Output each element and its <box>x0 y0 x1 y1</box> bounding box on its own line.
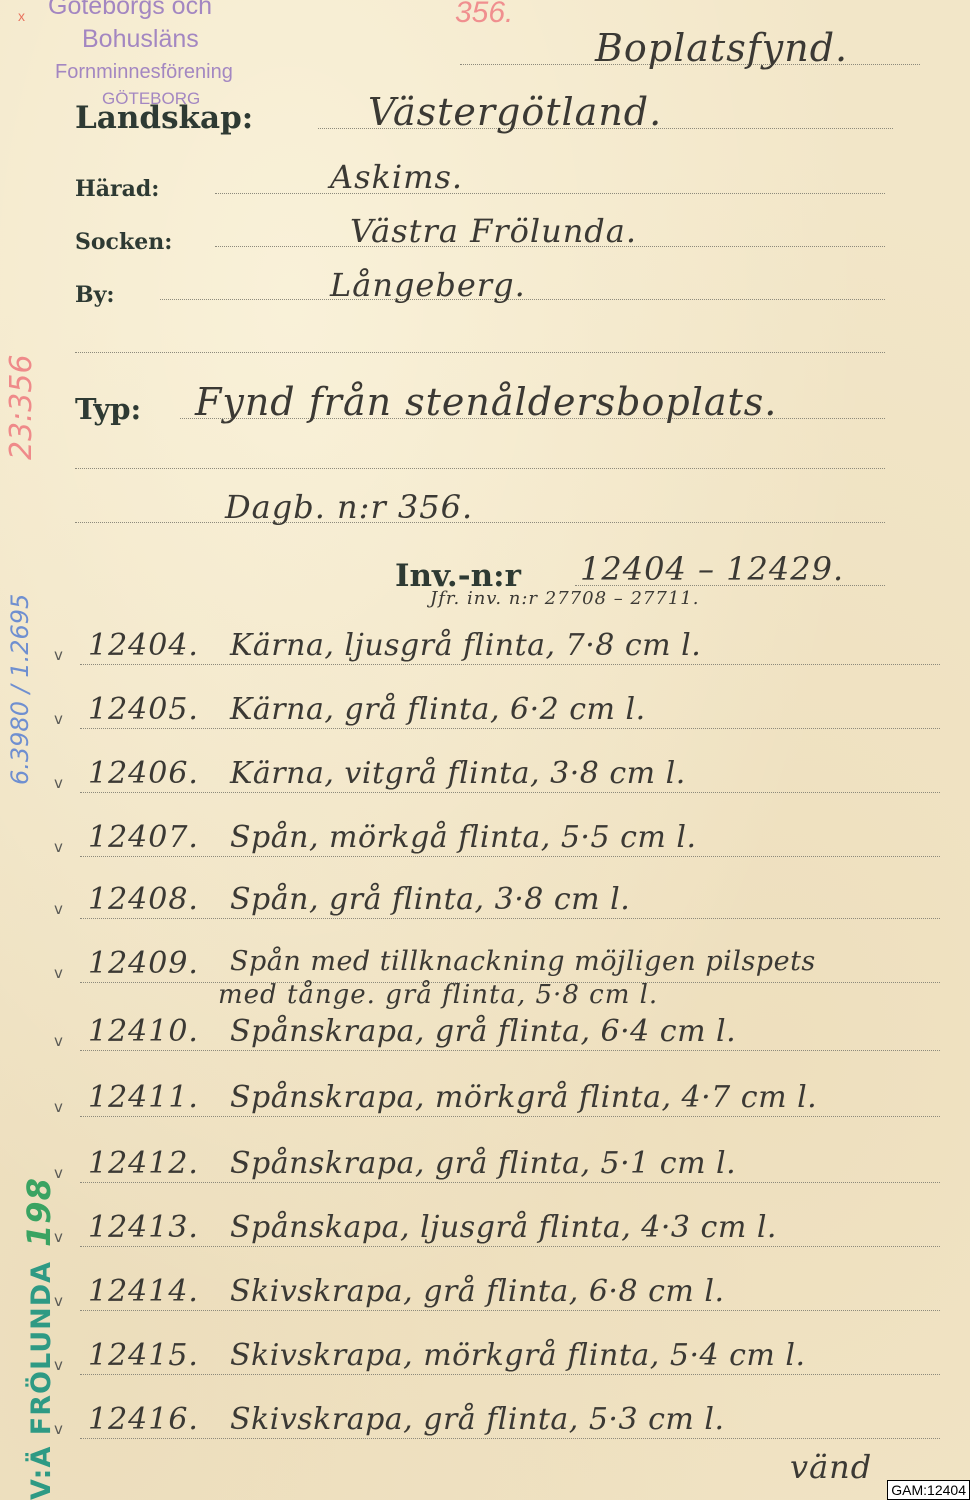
item-number: 12409. <box>88 946 199 981</box>
category-title: Boplatsfynd. <box>595 26 848 70</box>
list-item: v 12412. Spånskrapa, grå flinta, 5·1 cm … <box>60 1144 940 1192</box>
item-description: Spånskrapa, mörkgrå flinta, 4·7 cm l. <box>230 1080 817 1115</box>
list-item: v 12405. Kärna, grå flinta, 6·2 cm l. <box>60 690 940 738</box>
check-mark: v <box>54 838 63 856</box>
label-socken: Socken: <box>75 229 172 255</box>
check-mark: v <box>54 774 63 792</box>
list-item: v 12415. Skivskrapa, mörkgrå flinta, 5·4… <box>60 1336 940 1384</box>
item-description: Skivskrapa, grå flinta, 5·3 cm l. <box>230 1402 725 1437</box>
value-typ: Fynd från stenåldersboplats. <box>195 380 777 424</box>
catalog-id-label: GAM:12404 <box>887 1480 970 1500</box>
row-line <box>80 1246 940 1247</box>
item-number: 12412. <box>88 1146 199 1181</box>
row-line <box>80 664 940 665</box>
row-line <box>80 1310 940 1311</box>
stamp-line-1: Göteborgs och <box>48 0 212 19</box>
list-item: v 12414. Skivskrapa, grå flinta, 6·8 cm … <box>60 1272 940 1320</box>
check-mark: v <box>54 900 63 918</box>
item-description: Spånskrapa, grå flinta, 5·1 cm l. <box>230 1146 736 1181</box>
item-number: 12406. <box>88 756 199 791</box>
check-mark: v <box>54 710 63 728</box>
row-line <box>80 728 940 729</box>
row-line <box>80 792 940 793</box>
item-number: 12404. <box>88 628 199 663</box>
item-description: Spånskrapa, grå flinta, 6·4 cm l. <box>230 1014 736 1049</box>
list-item: v 12411. Spånskrapa, mörkgrå flinta, 4·7… <box>60 1078 940 1126</box>
item-number: 12405. <box>88 692 199 727</box>
item-number: 12408. <box>88 882 199 917</box>
check-mark: v <box>54 646 63 664</box>
item-description: Kärna, vitgrå flinta, 3·8 cm l. <box>230 756 686 791</box>
item-description: Kärna, grå flinta, 6·2 cm l. <box>230 692 646 727</box>
stamp-line-2: Bohusläns <box>82 27 199 52</box>
item-continuation: med tånge. grå flinta, 5·8 cm l. <box>218 980 658 1010</box>
item-description: Spån med tillknackning möjligen pilspets <box>230 946 816 977</box>
row-line <box>80 1182 940 1183</box>
row-line <box>80 1050 940 1051</box>
list-item: v 12416. Skivskrapa, grå flinta, 5·3 cm … <box>60 1400 940 1448</box>
margin-blue-number: 6.3980 / 1.2695 <box>6 594 34 785</box>
value-socken: Västra Frölunda. <box>350 212 637 250</box>
item-number: 12413. <box>88 1210 199 1245</box>
row-line <box>80 856 940 857</box>
item-description: Skivskrapa, grå flinta, 6·8 cm l. <box>230 1274 725 1309</box>
label-landskap: Landskap: <box>75 100 253 136</box>
value-inv: 12404 – 12429. <box>580 550 844 588</box>
value-dagbok: Dagb. n:r 356. <box>225 488 473 526</box>
turn-over-note: vänd <box>790 1448 872 1486</box>
item-number: 12407. <box>88 820 199 855</box>
row-line <box>80 1374 940 1375</box>
red-card-number: 356. <box>455 0 513 30</box>
blank-line <box>75 352 885 353</box>
value-harad: Askims. <box>330 158 463 196</box>
value-by: Långeberg. <box>330 266 526 304</box>
row-line <box>80 918 940 919</box>
item-description: Spån, grå flinta, 3·8 cm l. <box>230 882 630 917</box>
item-description: Kärna, ljusgrå flinta, 7·8 cm l. <box>230 628 701 663</box>
line-harad <box>215 193 885 194</box>
row-line <box>80 1438 940 1439</box>
item-number: 12416. <box>88 1402 199 1437</box>
place-number: 198 <box>20 1177 58 1247</box>
item-description: Spånskapa, ljusgrå flinta, 4·3 cm l. <box>230 1210 777 1245</box>
list-item: v 12406. Kärna, vitgrå flinta, 3·8 cm l. <box>60 754 940 802</box>
list-item: v 12404. Kärna, ljusgrå flinta, 7·8 cm l… <box>60 626 940 674</box>
stamp-line-3: Fornminnesförening <box>55 62 233 82</box>
label-harad: Härad: <box>75 176 159 202</box>
item-description: Spån, mörkgå flinta, 5·5 cm l. <box>230 820 696 855</box>
label-typ: Typ: <box>75 392 141 426</box>
label-by: By: <box>75 282 115 308</box>
place-stamp: V:Ä FRÖLUNDA <box>26 1261 57 1500</box>
item-number: 12414. <box>88 1274 199 1309</box>
value-landskap: Västergötland. <box>368 90 662 134</box>
red-x-mark: x <box>18 8 25 24</box>
list-item: v 12413. Spånskapa, ljusgrå flinta, 4·3 … <box>60 1208 940 1256</box>
line-dagbok <box>75 522 885 523</box>
check-mark: v <box>54 964 63 982</box>
row-line <box>80 1116 940 1117</box>
list-item: v 12410. Spånskrapa, grå flinta, 6·4 cm … <box>60 1012 940 1060</box>
margin-green-stamp: V:Ä FRÖLUNDA198 <box>20 1177 58 1500</box>
item-number: 12411. <box>88 1080 199 1115</box>
list-item: v 12407. Spån, mörkgå flinta, 5·5 cm l. <box>60 818 940 866</box>
margin-red-number: 23:356 <box>4 354 39 460</box>
inv-cross-reference: Jfr. inv. n:r 27708 – 27711. <box>430 588 699 609</box>
item-number: 12410. <box>88 1014 199 1049</box>
check-mark: v <box>54 1032 63 1050</box>
museum-stamp: Göteborgs och Bohusläns Fornminnesföreni… <box>0 0 330 110</box>
item-number: 12415. <box>88 1338 199 1373</box>
item-description: Skivskrapa, mörkgrå flinta, 5·4 cm l. <box>230 1338 806 1373</box>
list-item: v 12408. Spån, grå flinta, 3·8 cm l. <box>60 880 940 928</box>
blank-line-2 <box>75 468 885 469</box>
check-mark: v <box>54 1098 63 1116</box>
